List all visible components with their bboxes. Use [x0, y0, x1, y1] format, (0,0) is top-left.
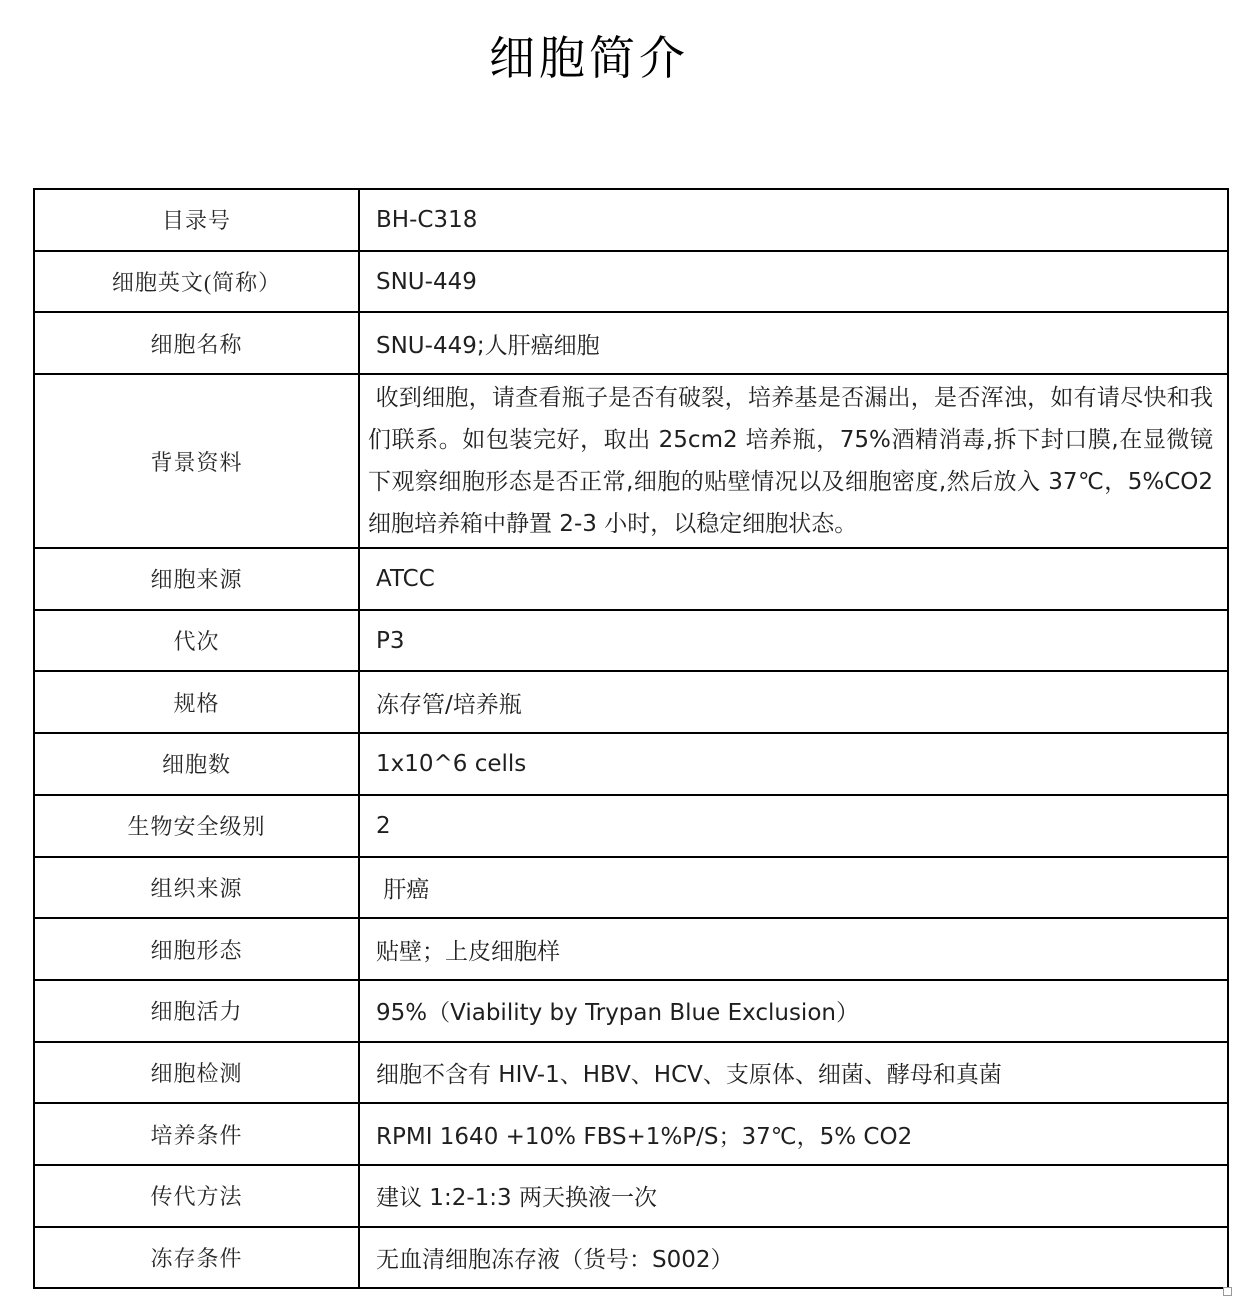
table-row: 规格冻存管/培养瓶 [34, 671, 1228, 733]
row-label: 细胞来源 [34, 548, 359, 610]
row-value: RPMI 1640 +10% FBS+1%P/S；37℃，5% CO2 [359, 1103, 1228, 1165]
row-label: 细胞检测 [34, 1042, 359, 1104]
table-row: 目录号BH-C318 [34, 189, 1228, 251]
row-label: 规格 [34, 671, 359, 733]
table-row: 细胞活力95%（Viability by Trypan Blue Exclusi… [34, 980, 1228, 1042]
table-row: 培养条件RPMI 1640 +10% FBS+1%P/S；37℃，5% CO2 [34, 1103, 1228, 1165]
row-value: 建议 1:2-1:3 两天换液一次 [359, 1165, 1228, 1227]
table-body: 目录号BH-C318细胞英文(简称）SNU-449细胞名称SNU-449;人肝癌… [34, 189, 1228, 1288]
row-label: 培养条件 [34, 1103, 359, 1165]
table-row: 组织来源 肝癌 [34, 857, 1228, 919]
table-row: 细胞来源ATCC [34, 548, 1228, 610]
document-page: 细胞简介 目录号BH-C318细胞英文(简称）SNU-449细胞名称SNU-44… [0, 0, 1258, 1303]
row-label: 细胞数 [34, 733, 359, 795]
cell-info-table: 目录号BH-C318细胞英文(简称）SNU-449细胞名称SNU-449;人肝癌… [33, 188, 1229, 1289]
row-value: BH-C318 [359, 189, 1228, 251]
row-value: 无血清细胞冻存液（货号：S002） [359, 1227, 1228, 1289]
table-resize-handle-icon[interactable] [1223, 1287, 1232, 1296]
row-label: 冻存条件 [34, 1227, 359, 1289]
table-row: 背景资料 收到细胞，请查看瓶子是否有破裂，培养基是否漏出，是否浑浊，如有请尽快和… [34, 374, 1228, 548]
row-label: 背景资料 [34, 374, 359, 548]
row-label: 生物安全级别 [34, 795, 359, 857]
row-value: 冻存管/培养瓶 [359, 671, 1228, 733]
table-row: 细胞名称SNU-449;人肝癌细胞 [34, 312, 1228, 374]
row-value: 1x10^6 cells [359, 733, 1228, 795]
row-label: 细胞活力 [34, 980, 359, 1042]
row-value: 95%（Viability by Trypan Blue Exclusion） [359, 980, 1228, 1042]
table-row: 细胞数1x10^6 cells [34, 733, 1228, 795]
row-label: 组织来源 [34, 857, 359, 919]
row-value: P3 [359, 610, 1228, 672]
row-value: 细胞不含有 HIV-1、HBV、HCV、支原体、细菌、酵母和真菌 [359, 1042, 1228, 1104]
table-row: 传代方法建议 1:2-1:3 两天换液一次 [34, 1165, 1228, 1227]
row-value: SNU-449;人肝癌细胞 [359, 312, 1228, 374]
row-value: 贴壁；上皮细胞样 [359, 918, 1228, 980]
page-title: 细胞简介 [0, 22, 1178, 88]
row-label: 代次 [34, 610, 359, 672]
table-row: 冻存条件无血清细胞冻存液（货号：S002） [34, 1227, 1228, 1289]
row-label: 细胞名称 [34, 312, 359, 374]
row-label: 目录号 [34, 189, 359, 251]
row-label: 细胞英文(简称） [34, 251, 359, 313]
row-value: SNU-449 [359, 251, 1228, 313]
row-label: 细胞形态 [34, 918, 359, 980]
row-value: 收到细胞，请查看瓶子是否有破裂，培养基是否漏出，是否浑浊，如有请尽快和我们联系。… [359, 374, 1228, 548]
row-label: 传代方法 [34, 1165, 359, 1227]
row-value: 肝癌 [359, 857, 1228, 919]
row-value: ATCC [359, 548, 1228, 610]
table-row: 细胞检测细胞不含有 HIV-1、HBV、HCV、支原体、细菌、酵母和真菌 [34, 1042, 1228, 1104]
table-row: 细胞形态贴壁；上皮细胞样 [34, 918, 1228, 980]
table-row: 生物安全级别2 [34, 795, 1228, 857]
table-row: 代次P3 [34, 610, 1228, 672]
table-row: 细胞英文(简称）SNU-449 [34, 251, 1228, 313]
row-value: 2 [359, 795, 1228, 857]
